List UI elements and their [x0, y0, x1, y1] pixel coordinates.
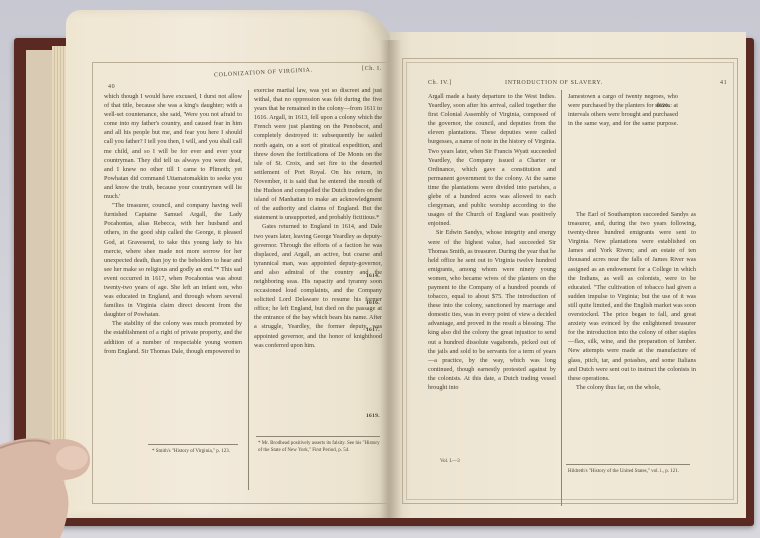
paragraph: The colony thus far, on the whole, [568, 383, 696, 392]
right-chapter-ref: Ch. IV.] [428, 80, 452, 86]
paragraph: Argall made a hasty departure to the Wes… [428, 92, 556, 228]
paragraph: The Earl of Southampton succeeded Sandys… [568, 210, 696, 383]
footnote-rule [256, 436, 380, 437]
paragraph: The stability of the colony was much pro… [104, 319, 242, 355]
margin-date: 1616. [366, 300, 380, 306]
footnote: * Mr. Brodhead positively asserts its fa… [258, 440, 382, 454]
paragraph: exercise martial law, was yet so discree… [254, 86, 382, 222]
footnote: Hildreth's "History of the United States… [568, 468, 696, 475]
paragraph: Sir Edwin Sandys, whose integrity and en… [428, 228, 556, 392]
column-divider [561, 90, 562, 506]
left-chapter-ref: [Ch. I. [362, 66, 382, 72]
signature-mark: Vol. I.—3 [440, 458, 460, 465]
hand-icon [0, 414, 120, 538]
right-running-title: INTRODUCTION OF SLAVERY. [505, 80, 603, 86]
footnote: * Smith's "History of Virginia," p. 123. [152, 448, 248, 455]
column-divider [248, 90, 249, 490]
left-page-column-2: exercise martial law, was yet so discree… [254, 86, 382, 414]
margin-date: 1619. [366, 413, 380, 419]
margin-date: 1614. [366, 273, 380, 279]
margin-date: 1617. [366, 327, 380, 333]
paragraph: Gates returned to England in 1614, and D… [254, 222, 382, 349]
footnote-rule [566, 464, 690, 465]
right-page-column-2: Jamestown a cargo of twenty negroes, who… [568, 92, 696, 464]
paragraph: which though I would have excused, I dur… [104, 92, 242, 201]
left-page-column-1: which though I would have excused, I dur… [104, 92, 242, 414]
footnote-rule [148, 444, 238, 445]
right-page-number: 41 [720, 80, 727, 86]
right-page-column-1: Argall made a hasty departure to the Wes… [428, 92, 556, 500]
paragraph: "The treasurer, council, and company hav… [104, 201, 242, 319]
left-page-number: 40 [108, 84, 115, 90]
